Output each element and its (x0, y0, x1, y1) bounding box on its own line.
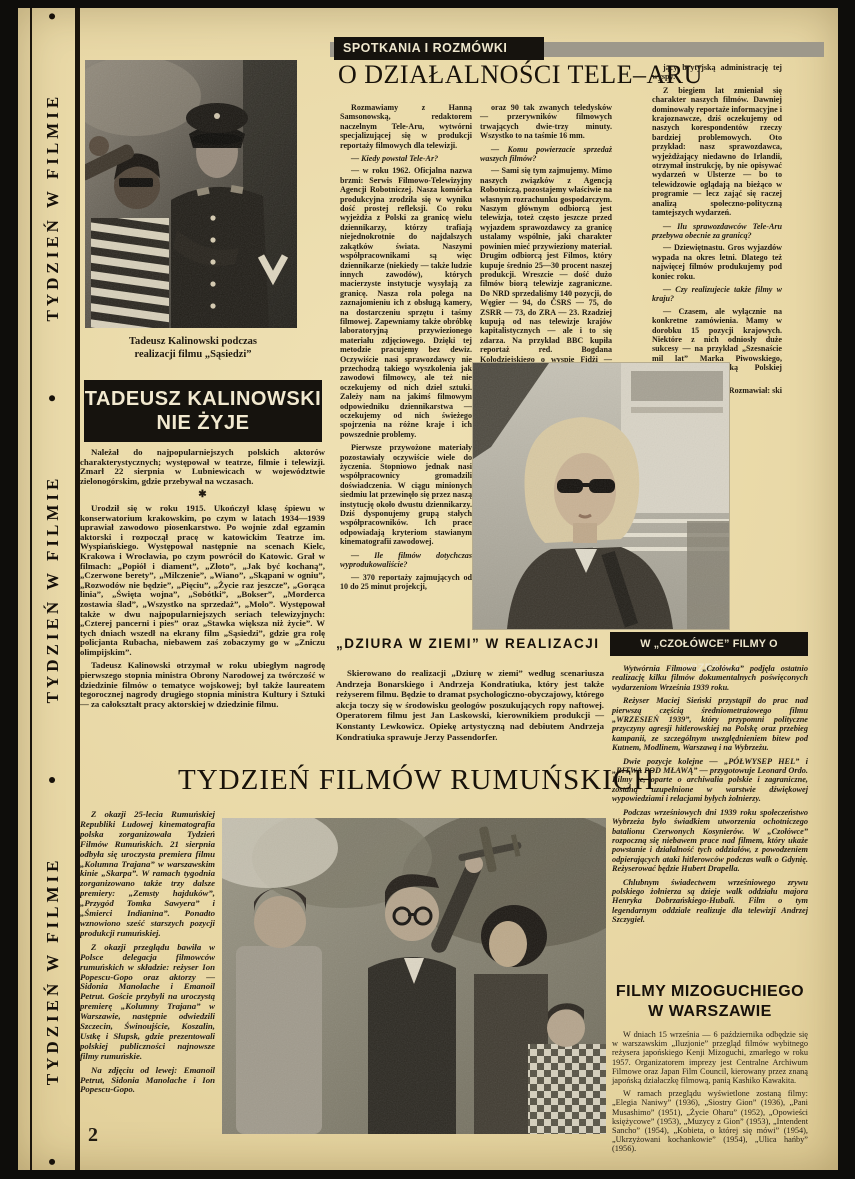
article-column-3: jący brytyjską administrację tej wyspy.Z… (652, 63, 782, 399)
paragraph: — Sami się tym zajmujemy. Mimo naszych z… (480, 166, 612, 373)
bullet-icon: ● (45, 776, 61, 784)
obituary-banner-line2: NIE ŻYJE (84, 411, 322, 435)
paragraph: jący brytyjską administrację tej wyspy. (652, 63, 782, 82)
photo-delegation-illustration (222, 818, 606, 1134)
paragraph: oraz 90 tak zwanych teledysków — przeryw… (480, 103, 612, 141)
obituary-banner-line1: TADEUSZ KALINOWSKI (84, 380, 322, 411)
paragraph: — 370 reportaży zajmujących od 10 do 25 … (340, 573, 472, 592)
mizoguchi-heading-line1: FILMY MIZOGUCHIEGO (612, 982, 808, 1002)
obituary-banner: TADEUSZ KALINOWSKI NIE ŻYJE (84, 380, 322, 442)
bullet-icon: ● (45, 394, 61, 402)
paragraph: W dniach 15 września — 6 października od… (612, 1030, 808, 1085)
article-headline: O DZIAŁALNOŚCI TELE–ARU (338, 58, 658, 92)
paragraph: Rozmawiamy z Hanną Samsonowską, redaktor… (340, 103, 472, 150)
paragraph: — Kiedy powstał Tele-Ar? (340, 154, 472, 163)
paragraph: Pierwsze przywożone materiały pozostawia… (340, 443, 472, 546)
paper-background: ● TYDZIEŃ W FILMIE ● TYDZIEŃ W FILMIE ● … (18, 8, 838, 1170)
sidebar-label: TYDZIEŃ W FILMIE (43, 857, 63, 1086)
sidebar-label: TYDZIEŃ W FILMIE (43, 93, 63, 322)
kicker-label: SPOTKANIA I ROZMÓWKI (334, 37, 544, 60)
paragraph: Należał do najpopularniejszych polskich … (80, 448, 325, 486)
paragraph: Tadeusz Kalinowski otrzymał w roku ubieg… (80, 661, 325, 709)
photo-caption: Tadeusz Kalinowski podczas realizacji fi… (78, 335, 308, 361)
mizoguchi-body: W dniach 15 września — 6 października od… (612, 1030, 808, 1158)
paragraph: Wytwórnia Filmowa „Czołówka” podjęła ost… (612, 664, 808, 692)
paragraph: — Komu powierzacie sprzedaż waszych film… (480, 145, 612, 164)
photo-kalinowski-illustration (85, 60, 297, 328)
photo-woman-sunglasses (472, 362, 730, 630)
paragraph: — Ile filmów dotychczas wyprodukowaliści… (340, 551, 472, 570)
bullet-icon: ● (45, 12, 61, 20)
paragraph: Z okazji 25-lecia Rumuńskiej Republiki L… (80, 810, 215, 939)
paragraph: Podczas wrześniowych dni 1939 roku społe… (612, 808, 808, 874)
sidebar-label: TYDZIEŃ W FILMIE (43, 475, 63, 704)
photo-woman-illustration (473, 363, 729, 629)
czolowka-header-bar: W „CZOŁÓWCE” FILMY O WRZEŚNIU (610, 632, 808, 656)
article-column-1: Rozmawiamy z Hanną Samsonowską, redaktor… (340, 103, 472, 595)
obituary-text: Należał do najpopularniejszych polskich … (80, 448, 325, 713)
paragraph: ✱ (80, 490, 325, 500)
rumunski-headline: TYDZIEŃ FILMÓW RUMUŃSKICH (178, 764, 678, 797)
paragraph: Z okazji przeglądu bawiła w Polsce deleg… (80, 943, 215, 1062)
paragraph: Na zdjęciu od lewej: Emanoil Petrut, Sid… (80, 1066, 215, 1096)
paragraph: — Dziewiętnastu. Gros wyjazdów wypada na… (652, 243, 782, 281)
paragraph: Reżyser Maciej Sieński przystąpił do pra… (612, 696, 808, 752)
photo-caption-line2: realizacji filmu „Sąsiedzi” (78, 348, 308, 361)
paragraph: Urodził się w roku 1915. Ukończył klasę … (80, 504, 325, 658)
dziura-body: Skierowano do realizacji „Dziurę w ziemi… (336, 668, 604, 742)
sidebar-rule-thin (30, 8, 32, 1170)
mizoguchi-heading-line2: W WARSZAWIE (612, 1002, 808, 1022)
mizoguchi-heading: FILMY MIZOGUCHIEGO W WARSZAWIE (612, 982, 808, 1022)
photo-caption-line1: Tadeusz Kalinowski podczas (78, 335, 308, 348)
sidebar-strip: ● TYDZIEŃ W FILMIE ● TYDZIEŃ W FILMIE ● … (33, 8, 73, 1170)
rumunski-column: Z okazji 25-lecia Rumuńskiej Republiki L… (80, 810, 215, 1099)
paragraph: Chlubnym świadectwem wrześniowego zrywu … (612, 878, 808, 925)
paragraph: W ramach przeglądu wyświetlone zostaną f… (612, 1089, 808, 1153)
paragraph: Skierowano do realizacji „Dziurę w ziemi… (336, 668, 604, 742)
paragraph: — Czy realizujecie także filmy w kraju? (652, 285, 782, 304)
dziura-headline: „DZIURA W ZIEMI” W REALIZACJI (336, 636, 628, 651)
magazine-page: ● TYDZIEŃ W FILMIE ● TYDZIEŃ W FILMIE ● … (0, 0, 855, 1179)
paragraph: — w roku 1962. Oficjalna nazwa brzmi: Se… (340, 166, 472, 439)
photo-romanian-delegation (222, 818, 606, 1134)
paragraph: Z biegiem lat zmieniał się charakter nas… (652, 86, 782, 218)
paragraph: — Ilu sprawozdawców Tele-Aru przebywa ob… (652, 222, 782, 241)
kicker-bar: SPOTKANIA I ROZMÓWKI (334, 37, 544, 60)
photo-kalinowski-on-set (85, 60, 297, 328)
page-number: 2 (88, 1124, 98, 1147)
bullet-icon: ● (45, 1158, 61, 1166)
article-column-2: oraz 90 tak zwanych teledysków — przeryw… (480, 103, 612, 377)
